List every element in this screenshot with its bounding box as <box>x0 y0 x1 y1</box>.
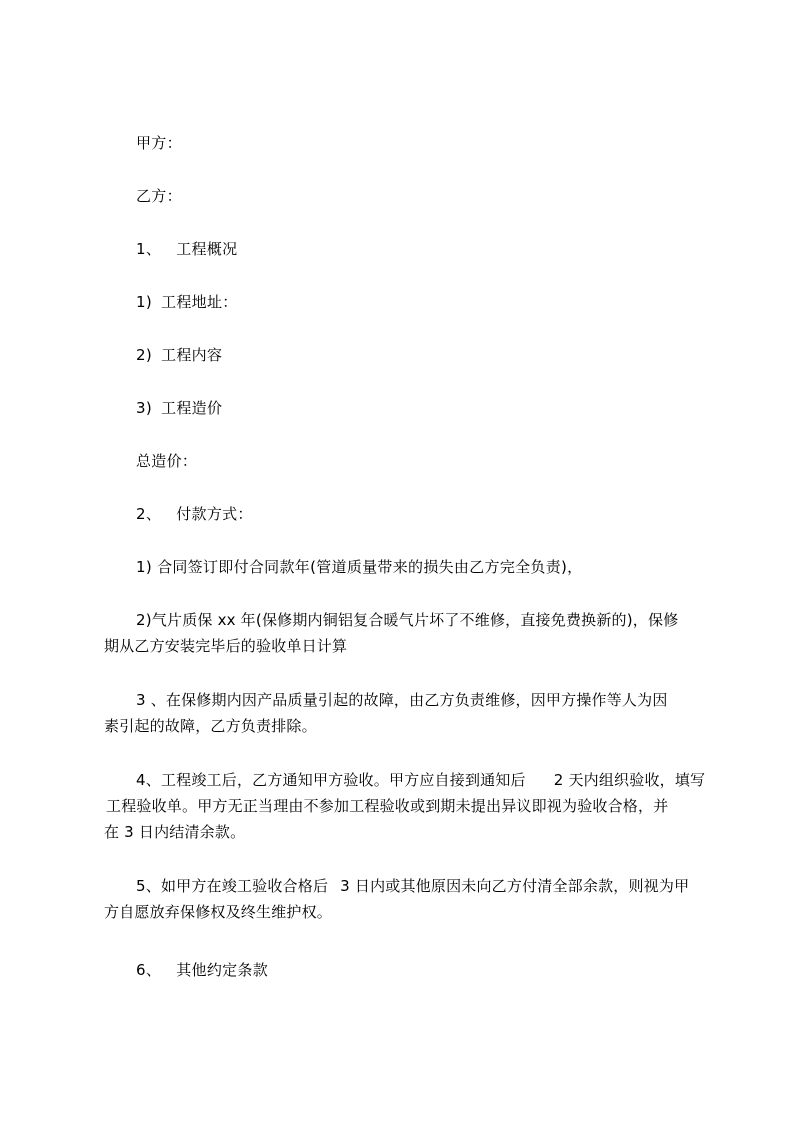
payment-item-5: 5、如甲方在竣工验收合格后3 日内或其他原因未向乙方付清全部余款，则视为甲 方自… <box>104 873 716 925</box>
payment-item-3-line-2: 素引起的故障，乙方负责排除。 <box>104 713 716 739</box>
section-1-item-content: 2) 工程内容 <box>136 345 222 365</box>
total-price-label: 总造价： <box>136 451 197 471</box>
section-2-number: 2、 <box>136 505 161 523</box>
payment-item-2: 2)气片质保 xx 年(保修期内铜铝复合暖气片坏了不维修，直接免费换新的)，保修… <box>104 607 716 659</box>
section-6-heading: 6、 其他约定条款 <box>136 960 268 980</box>
payment-item-1: 1) 合同签订即付合同款年(管道质量带来的损失由乙方完全负责)， <box>136 557 582 577</box>
section-2-heading: 2、 付款方式： <box>136 504 253 524</box>
section-1-heading: 1、 工程概况 <box>136 239 237 259</box>
section-1-title: 工程概况 <box>176 240 237 258</box>
item-label: 工程内容 <box>161 346 222 364</box>
item-number: 1) <box>136 293 152 311</box>
payment-item-5-line-1a: 5、如甲方在竣工验收合格后 <box>136 877 328 895</box>
item-label: 工程造价 <box>161 399 222 417</box>
payment-item-3-line-1: 3 、在保修期内因产品质量引起的故障，由乙方负责维修，因甲方操作等人为因 <box>104 687 716 713</box>
payment-item-4-line-1a: 4、工程竣工后，乙方通知甲方验收。甲方应自接到通知后 <box>136 771 526 789</box>
party-a-label: 甲方： <box>136 133 182 153</box>
party-b-label: 乙方： <box>136 186 182 206</box>
section-1-item-address: 1) 工程地址： <box>136 292 238 312</box>
section-1-item-price: 3) 工程造价 <box>136 398 222 418</box>
item-label: 工程地址： <box>161 293 238 311</box>
section-6-number: 6、 <box>136 961 161 979</box>
section-6-title: 其他约定条款 <box>176 961 268 979</box>
payment-item-4: 4、工程竣工后，乙方通知甲方验收。甲方应自接到通知后2 天内组织验收，填写 工程… <box>104 767 716 845</box>
section-2-title: 付款方式： <box>176 505 253 523</box>
payment-item-2-line-2: 期从乙方安装完毕后的验收单日计算 <box>104 633 716 659</box>
payment-item-3: 3 、在保修期内因产品质量引起的故障，由乙方负责维修，因甲方操作等人为因 素引起… <box>104 687 716 739</box>
section-1-number: 1、 <box>136 240 161 258</box>
payment-item-4-line-2: 工程验收单。甲方无正当理由不参加工程验收或到期未提出异议即视为验收合格，并 <box>104 793 716 819</box>
payment-item-5-line-1b: 3 日内或其他原因未向乙方付清全部余款，则视为甲 <box>340 877 689 895</box>
document-page: 甲方： 乙方： 1、 工程概况 1) 工程地址： 2) 工程内容 3) 工程造价… <box>0 0 793 1122</box>
payment-item-4-line-3: 在 3 日内结清余款。 <box>104 819 716 845</box>
payment-item-4-line-1: 4、工程竣工后，乙方通知甲方验收。甲方应自接到通知后2 天内组织验收，填写 <box>104 767 716 793</box>
payment-item-5-line-1: 5、如甲方在竣工验收合格后3 日内或其他原因未向乙方付清全部余款，则视为甲 <box>104 873 716 899</box>
item-number: 3) <box>136 399 152 417</box>
item-number: 2) <box>136 346 152 364</box>
payment-item-2-line-1: 2)气片质保 xx 年(保修期内铜铝复合暖气片坏了不维修，直接免费换新的)，保修 <box>104 607 716 633</box>
payment-item-4-line-1b: 2 天内组织验收，填写 <box>554 771 706 789</box>
payment-item-5-line-2: 方自愿放弃保修权及终生维护权。 <box>104 899 716 925</box>
